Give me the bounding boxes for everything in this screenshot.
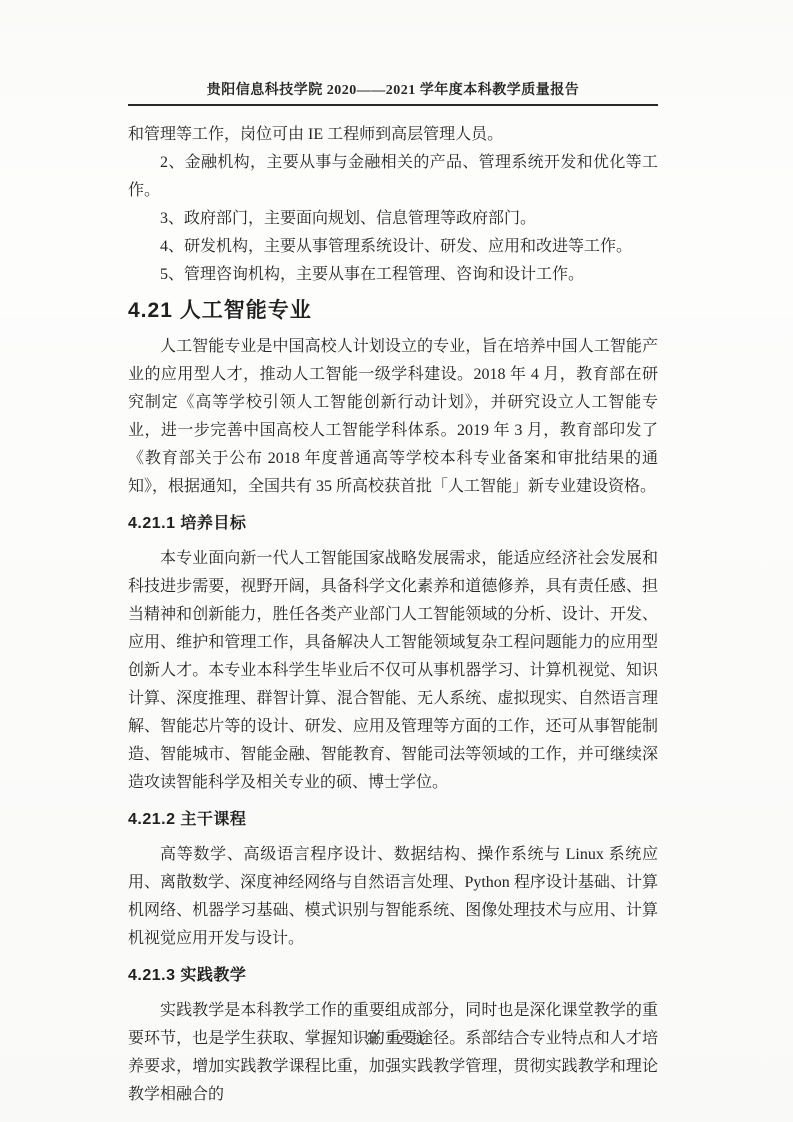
section-heading: 4.21 人工智能专业 bbox=[128, 298, 658, 324]
subsection-paragraph-training-objectives: 本专业面向新一代人工智能国家战略发展需求，能适应经济社会发展和科技进步需要，视野… bbox=[128, 545, 658, 797]
subsection-paragraph-main-courses: 高等数学、高级语言程序设计、数据结构、操作系统与 Linux 系统应用、离散数学… bbox=[128, 841, 658, 953]
subsection-heading-training-objectives: 4.21.1 培养目标 bbox=[128, 514, 658, 534]
section-intro-paragraph: 人工智能专业是中国高校人计划设立的专业，旨在培养中国人工智能产业的应用型人才，推… bbox=[128, 333, 658, 501]
page-content: 和管理等工作，岗位可由 IE 工程师到高层管理人员。 2、金融机构，主要从事与金… bbox=[128, 121, 658, 1109]
page-number: 第 72 页 bbox=[366, 1033, 427, 1048]
subsection-paragraph-practical-teaching: 实践教学是本科教学工作的重要组成部分，同时也是深化课堂教学的重要环节，也是学生获… bbox=[128, 997, 658, 1109]
paragraph-continued: 和管理等工作，岗位可由 IE 工程师到高层管理人员。 bbox=[128, 121, 658, 149]
subsection-heading-practical-teaching: 4.21.3 实践教学 bbox=[128, 966, 658, 986]
list-item: 5、管理咨询机构，主要从事在工程管理、咨询和设计工作。 bbox=[128, 261, 658, 289]
list-item: 4、研发机构，主要从事管理系统设计、研发、应用和改进等工作。 bbox=[128, 233, 658, 261]
document-page: 贵阳信息科技学院 2020——2021 学年度本科教学质量报告 和管理等工作，岗… bbox=[0, 0, 793, 1122]
list-item: 3、政府部门，主要面向规划、信息管理等政府部门。 bbox=[128, 205, 658, 233]
subsection-heading-main-courses: 4.21.2 主干课程 bbox=[128, 810, 658, 830]
report-title: 贵阳信息科技学院 2020——2021 学年度本科教学质量报告 bbox=[128, 83, 658, 106]
page-header: 贵阳信息科技学院 2020——2021 学年度本科教学质量报告 bbox=[128, 83, 658, 106]
list-item: 2、金融机构，主要从事与金融相关的产品、管理系统开发和优化等工作。 bbox=[128, 149, 658, 205]
page-footer: 第 72 页 bbox=[0, 1032, 793, 1050]
